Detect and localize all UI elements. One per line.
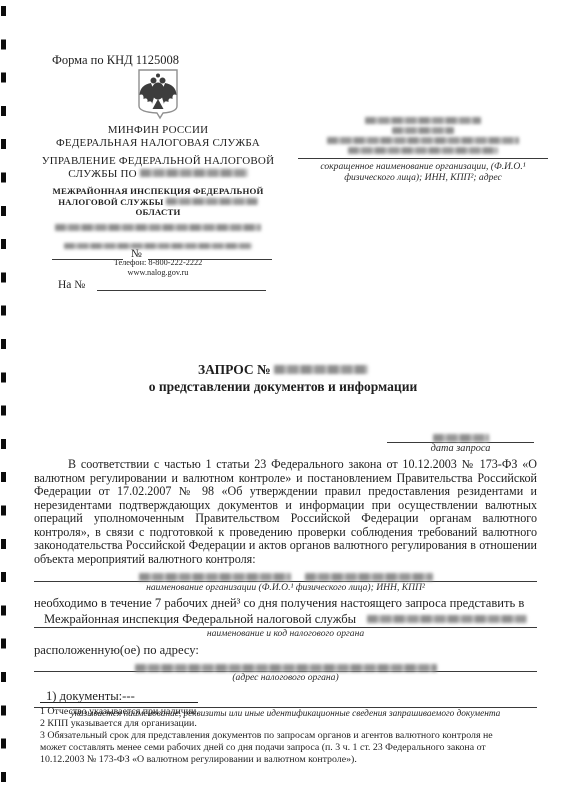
redacted-request-number bbox=[274, 365, 368, 374]
org-caption: наименование организации (Ф.И.О.¹ физиче… bbox=[34, 582, 537, 593]
redacted-region-name bbox=[140, 169, 248, 177]
inspection-name: Межрайонная инспекция Федеральной налого… bbox=[44, 612, 356, 626]
date-fill bbox=[387, 429, 534, 443]
in-reply-fill-line bbox=[97, 290, 266, 291]
scan-edge-marks bbox=[1, 0, 6, 800]
redacted-addressee-inn bbox=[392, 127, 454, 134]
website: www.nalog.gov.ru bbox=[28, 268, 288, 278]
deadline-line: необходимо в течение 7 рабочих дней³ со … bbox=[34, 596, 537, 611]
coat-of-arms-icon bbox=[135, 68, 181, 120]
addressee-block: сокращенное наименование организации, (Ф… bbox=[298, 114, 548, 184]
outgoing-number-row: № bbox=[52, 248, 272, 260]
request-date-block: дата запроса bbox=[387, 429, 534, 454]
redacted-addressee-address2 bbox=[348, 147, 498, 154]
addressee-caption: сокращенное наименование организации, (Ф… bbox=[298, 161, 548, 184]
footnote-3: 3 Обязательный срок для представления до… bbox=[40, 730, 518, 766]
redacted-addressee-address1 bbox=[327, 137, 519, 144]
redacted-request-date bbox=[433, 434, 489, 442]
redacted-inspection-address bbox=[135, 664, 437, 672]
number-fill-line bbox=[148, 259, 272, 260]
title-line2: о представлении документов и информации bbox=[0, 378, 566, 395]
redacted-org-name bbox=[139, 573, 291, 581]
number-sign: № bbox=[131, 248, 142, 260]
mifns-line2: НАЛОГОВОЙ СЛУЖБЫ bbox=[28, 197, 288, 207]
date-caption: дата запроса bbox=[387, 443, 534, 454]
ministry-name: МИНФИН РОССИИ bbox=[28, 124, 288, 137]
document-body: В соответствии с частью 1 статьи 23 Феде… bbox=[34, 458, 537, 719]
footnote-divider bbox=[40, 702, 198, 703]
inspection-caption: наименование и код налогового органа bbox=[34, 628, 537, 639]
address-caption: (адрес налогового органа) bbox=[34, 672, 537, 683]
redacted-org-inn bbox=[305, 573, 433, 581]
form-code: Форма по КНД 1125008 bbox=[52, 53, 179, 68]
redacted-inspection-details bbox=[367, 615, 527, 623]
in-reply-row: На № bbox=[58, 279, 266, 291]
ufns-line1: УПРАВЛЕНИЕ ФЕДЕРАЛЬНОЙ НАЛОГОВОЙ bbox=[28, 155, 288, 168]
scanned-document-page: Форма по КНД 1125008 МИНФИН РОССИИ ФЕДЕР… bbox=[0, 0, 566, 800]
letterhead: МИНФИН РОССИИ ФЕДЕРАЛЬНАЯ НАЛОГОВАЯ СЛУЖ… bbox=[28, 68, 288, 277]
date-fill-line bbox=[52, 259, 123, 260]
inspection-fill-row: Межрайонная инспекция Федеральной налого… bbox=[34, 612, 537, 628]
document-title: ЗАПРОС № о представлении документов и ин… bbox=[0, 361, 566, 395]
org-fill-row bbox=[34, 568, 537, 582]
ufns-line2: СЛУЖБЫ ПО bbox=[28, 168, 288, 181]
in-reply-label: На № bbox=[58, 279, 85, 291]
located-line: расположенную(ое) по адресу: bbox=[34, 643, 537, 658]
title-line1: ЗАПРОС № bbox=[0, 361, 566, 378]
redacted-inspection-number bbox=[166, 198, 258, 205]
addressee-rule bbox=[298, 158, 548, 159]
footnotes: 1 Отчество указывается при наличии. 2 КП… bbox=[40, 702, 518, 766]
footnote-1: 1 Отчество указывается при наличии. bbox=[40, 706, 518, 718]
redacted-addressee-name bbox=[365, 117, 481, 124]
footnote-2: 2 КПП указывается для организации. bbox=[40, 718, 518, 730]
address-fill-row bbox=[34, 659, 537, 672]
redacted-address-line1 bbox=[55, 224, 261, 231]
legal-paragraph: В соответствии с частью 1 статьи 23 Феде… bbox=[34, 458, 537, 566]
mifns-line3: ОБЛАСТИ bbox=[28, 207, 288, 217]
fns-name: ФЕДЕРАЛЬНАЯ НАЛОГОВАЯ СЛУЖБА bbox=[28, 137, 288, 150]
mifns-line1: МЕЖРАЙОННАЯ ИНСПЕКЦИЯ ФЕДЕРАЛЬНОЙ bbox=[28, 186, 288, 196]
